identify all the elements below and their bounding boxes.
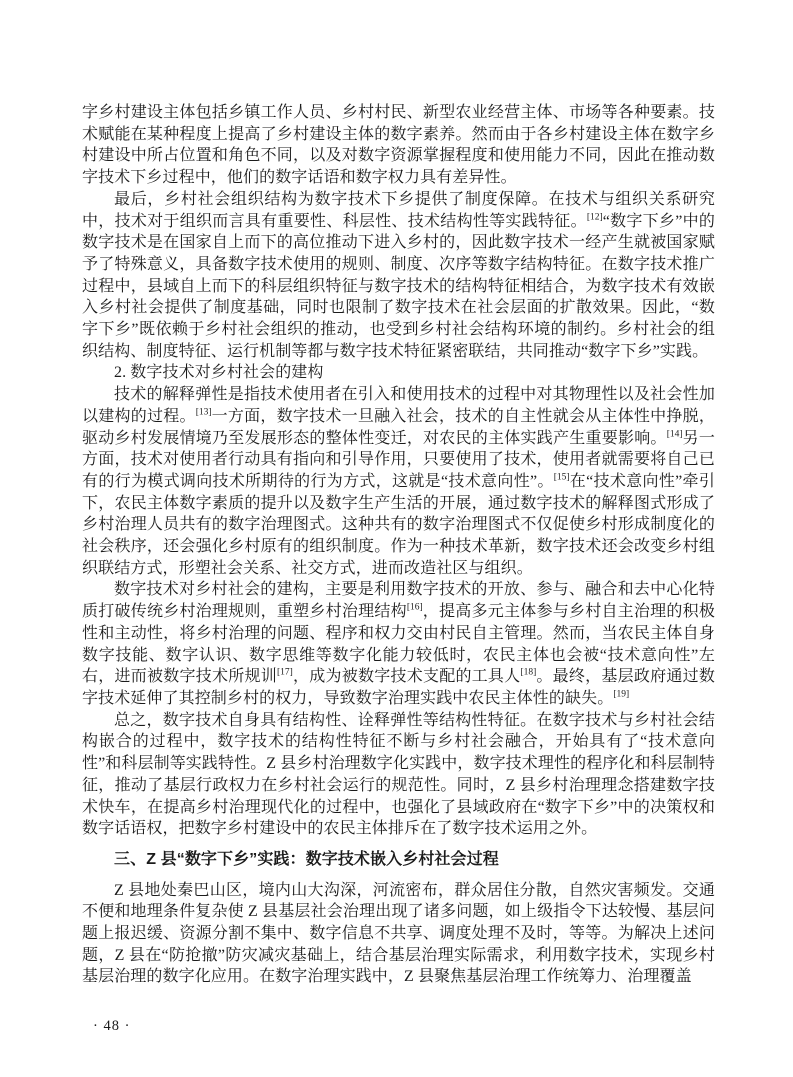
page-number: · 48 ·	[93, 1018, 130, 1035]
citation-reference: [15]	[554, 473, 570, 483]
citation-reference: [19]	[613, 690, 629, 700]
citation-reference: [16]	[407, 603, 423, 613]
body-paragraph: 最后，乡村社会组织结构为数字技术下乡提供了制度保障。在技术与组织关系研究中，技术…	[82, 189, 715, 363]
body-paragraph: Z 县地处秦巴山区，境内山大沟深，河流密布，群众居住分散，自然灾害频发。交通不便…	[82, 880, 715, 989]
citation-reference: [17]	[277, 668, 293, 678]
citation-reference: [18]	[520, 668, 536, 678]
body-paragraph: 总之，数字技术自身具有结构性、诠释弹性等结构性特征。在数字技术与乡村社会结构嵌合…	[82, 710, 715, 840]
numbered-subheading: 2. 数字技术对乡村社会的建构	[82, 362, 715, 384]
paper-page: 字乡村建设主体包括乡镇工作人员、乡村村民、新型农业经营主体、市场等各种要素。技术…	[0, 0, 793, 1077]
citation-reference: [12]	[587, 212, 603, 222]
body-paragraph: 字乡村建设主体包括乡镇工作人员、乡村村民、新型农业经营主体、市场等各种要素。技术…	[82, 102, 715, 189]
body-paragraph: 技术的解释弹性是指技术使用者在引入和使用技术的过程中对其物理性以及社会性加以建构…	[82, 384, 715, 579]
section-heading: 三、Z 县“数字下乡”实践：数字技术嵌入乡村社会过程	[82, 849, 715, 871]
citation-reference: [14]	[667, 429, 683, 439]
page-body: 字乡村建设主体包括乡镇工作人员、乡村村民、新型农业经营主体、市场等各种要素。技术…	[82, 102, 715, 988]
body-paragraph: 数字技术对乡村社会的建构，主要是利用数字技术的开放、参与、融合和去中心化特质打破…	[82, 579, 715, 709]
citation-reference: [13]	[196, 408, 212, 418]
